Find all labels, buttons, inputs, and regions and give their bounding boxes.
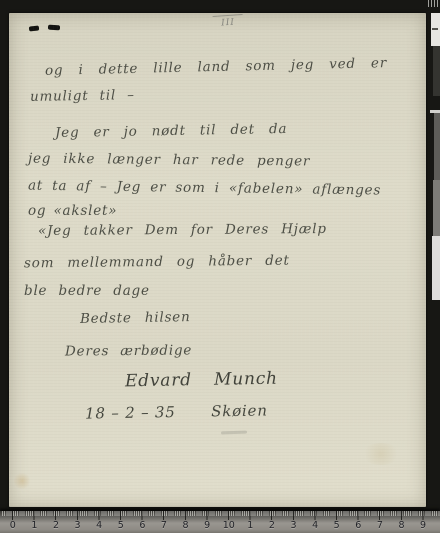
handwriting-line: som mellemmand og håber det [24,253,290,272]
ink-blot-mark [48,25,60,31]
grayscale-patch-white [432,236,440,300]
ruler-number: 4 [304,520,326,531]
handwriting-line: «Jeg takker Dem for Deres Hjælp [38,221,327,239]
handwriting-line: Deres ærbødige [65,342,192,359]
paper-stain [13,473,31,489]
handwriting-line: og «akslet» [28,203,117,219]
scan-background: III og i dette lille land som jeg ved er… [0,0,440,533]
letter-place: Skøien [211,401,268,420]
letter-date: 18 – 2 – 35 [85,403,176,423]
ruler-number: 9 [412,520,434,531]
ruler-number: 2 [45,520,67,531]
handwriting-line: umuligt til – [30,87,135,105]
date-place-line: 18 – 2 – 35 Skøien [85,401,268,422]
ruler-number: 3 [283,520,305,531]
ruler-number: 7 [153,520,175,531]
handwriting-line: Bedste hilsen [80,309,191,327]
ruler-number: 6 [132,520,154,531]
ruler-number: 8 [391,520,413,531]
ruler-number: 8 [175,520,197,531]
pencil-smudge [221,431,247,435]
ruler-number: 1 [24,520,46,531]
pencil-page-mark: III [213,14,244,29]
signature-line: Edvard Munch [125,369,278,392]
ruler-number: 0 [2,520,24,531]
ruler-number: 5 [110,520,132,531]
grayscale-patch-gray [434,113,440,180]
measuring-ruler: 012345678910123456789 [0,511,440,533]
grayscale-patch-mark [432,28,438,30]
ruler-number: 9 [196,520,218,531]
ruler-number: 1 [240,520,262,531]
ruler-number: 3 [67,520,89,531]
ink-blot-mark [29,25,39,31]
ruler-cm-ticks [12,511,440,520]
handwriting-line: at ta af – Jeg er som i «fabelen» aflæng… [28,178,381,199]
ruler-number: 5 [326,520,348,531]
handwriting-line: Jeg er jo nødt til det da [55,121,287,141]
ruler-number: 7 [369,520,391,531]
edge-tick-strip [428,0,440,7]
grayscale-patch-dark [433,46,440,96]
ruler-numbers: 012345678910123456789 [2,520,434,531]
ruler-number: 10 [218,520,240,531]
ruler-number: 2 [261,520,283,531]
ruler-number: 6 [348,520,370,531]
handwriting-line: ble bedre dage [24,283,150,299]
ruler-number: 4 [88,520,110,531]
paper-stain [361,443,401,465]
handwriting-line: og i dette lille land som jeg ved er [45,55,387,79]
letter-paper: III og i dette lille land som jeg ved er… [9,13,426,507]
handwriting-line: jeg ikke længer har rede penger [28,151,310,170]
grayscale-patch-gray [433,180,440,236]
